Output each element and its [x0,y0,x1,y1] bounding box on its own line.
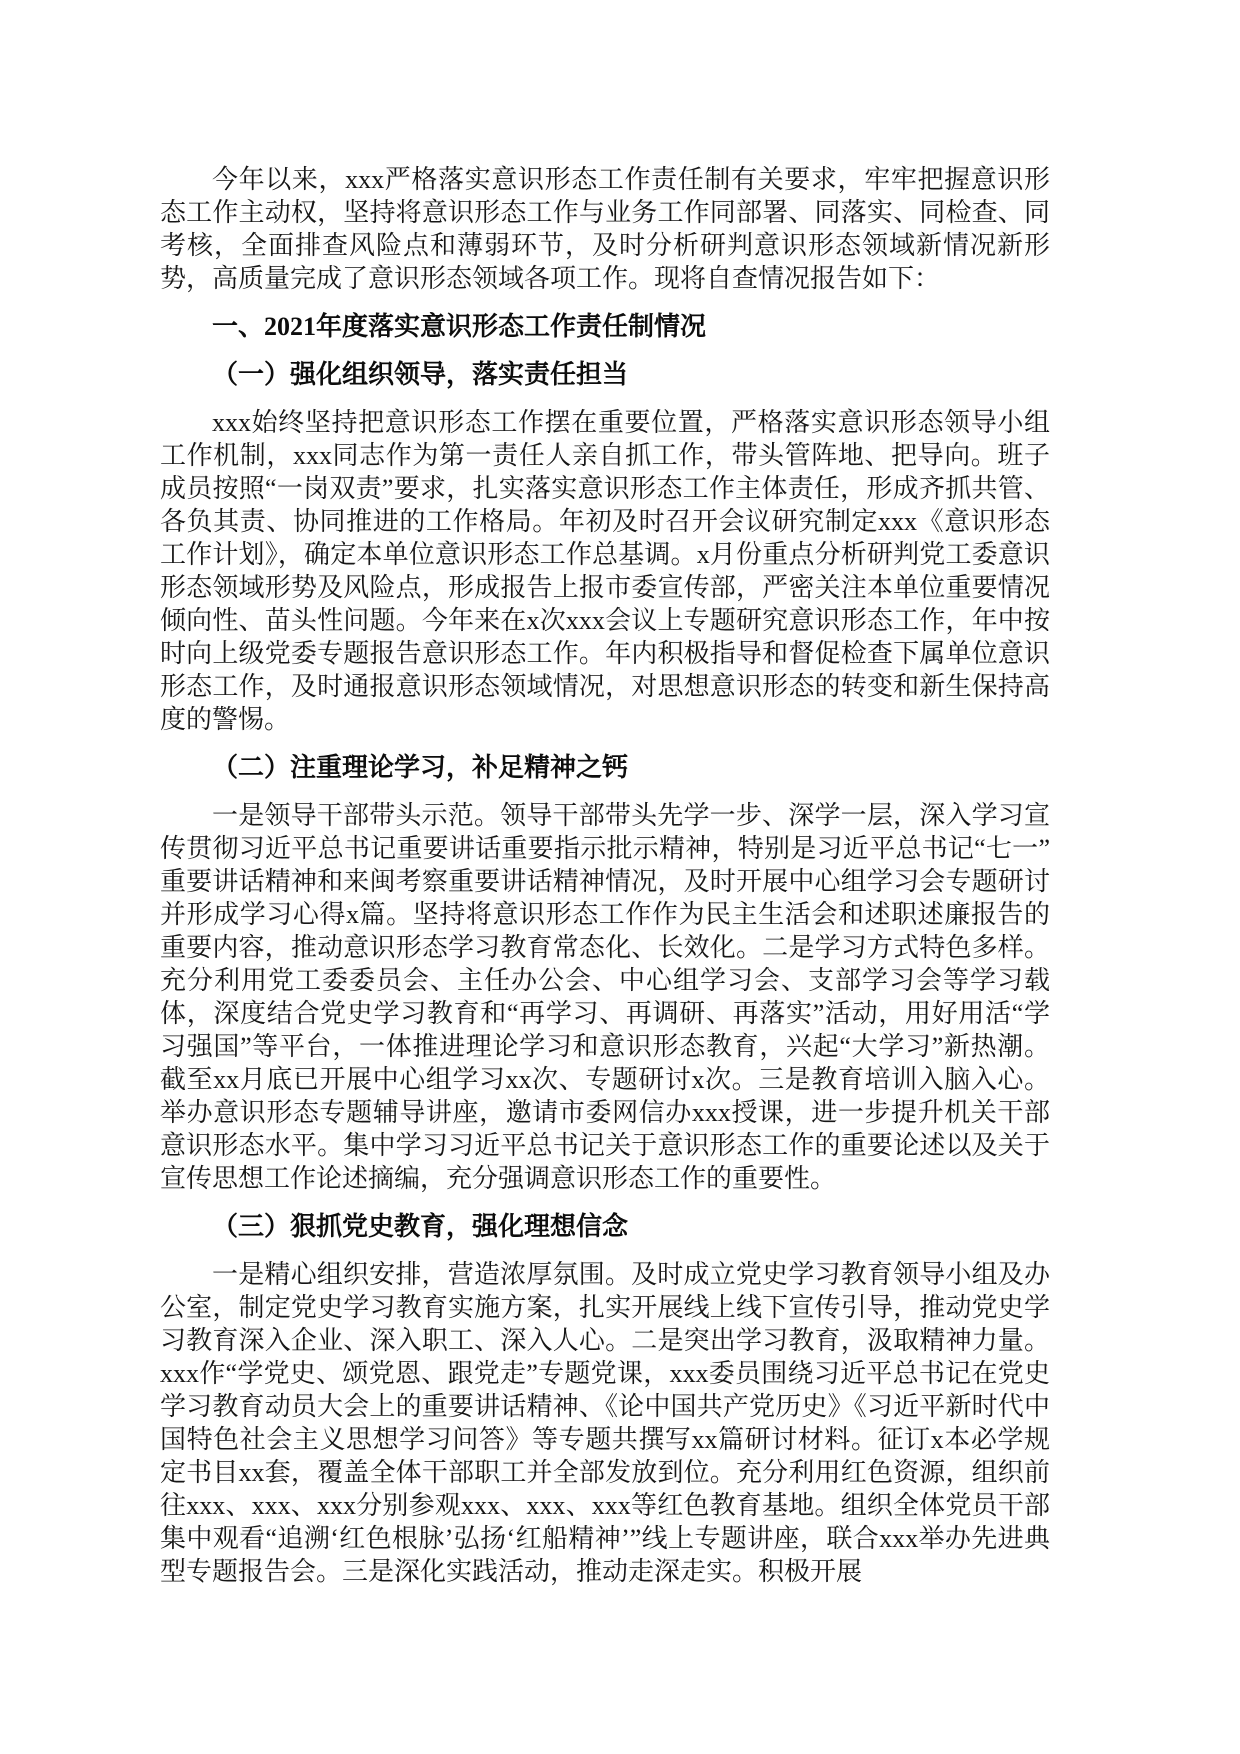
subsection-1-body-paragraph: xxx始终坚持把意识形态工作摆在重要位置，严格落实意识形态领导小组工作机制，xx… [160,406,1050,736]
intro-paragraph: 今年以来，xxx严格落实意识形态工作责任制有关要求，牢牢把握意识形态工作主动权，… [160,163,1050,295]
document-page: 今年以来，xxx严格落实意识形态工作责任制有关要求，牢牢把握意识形态工作主动权，… [0,0,1240,1754]
document-content: 今年以来，xxx严格落实意识形态工作责任制有关要求，牢牢把握意识形态工作主动权，… [160,163,1050,1588]
subsection-2-body-paragraph: 一是领导干部带头示范。领导干部带头先学一步、深学一层，深入学习宣传贯彻习近平总书… [160,799,1050,1195]
section-1-heading: 一、2021年度落实意识形态工作责任制情况 [160,310,1050,343]
subsection-3-body-paragraph: 一是精心组织安排，营造浓厚氛围。及时成立党史学习教育领导小组及办公室，制定党史学… [160,1258,1050,1588]
subsection-3-heading: （三）狠抓党史教育，强化理想信念 [160,1210,1050,1243]
subsection-1-heading: （一）强化组织领导，落实责任担当 [160,358,1050,391]
subsection-2-heading: （二）注重理论学习，补足精神之钙 [160,751,1050,784]
